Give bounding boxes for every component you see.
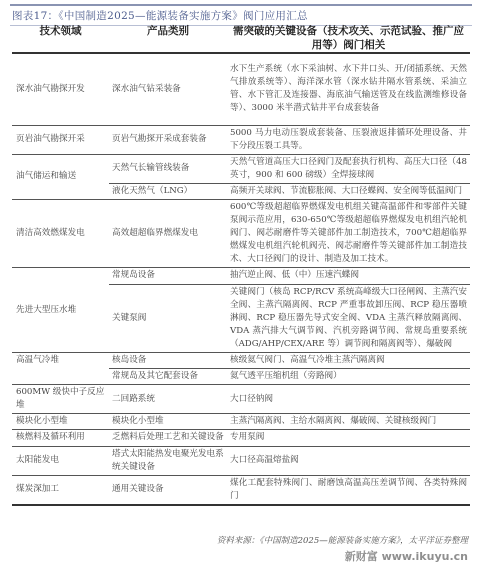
cell-valves: 核级氦气阀门、高温气冷堆主蒸汽隔离阀 [227, 353, 470, 369]
cell-valves: 高频开关球阀、节流膨胀阀、大口径蝶阀、安全阀等低温阀门 [227, 183, 470, 199]
cell-field: 模块化小型堆 [12, 414, 109, 430]
header-product-category: 产品类别 [109, 24, 227, 53]
cell-field: 煤炭深加工 [12, 475, 109, 505]
cell-field: 核燃料及循环利用 [12, 430, 109, 446]
cell-field: 深水油气勘探开发 [12, 53, 109, 125]
valve-application-table: 技术领域 产品类别 需突破的关键设备（技术攻关、示范试验、推广应用等）阀门相关 … [12, 24, 470, 506]
cell-valves: 大口径高温熔盐阀 [227, 446, 470, 475]
cell-product: 常规岛及其它配套设备 [109, 369, 227, 385]
cell-product: 核岛设备 [109, 353, 227, 369]
cell-valves: 抽汽逆止阀、低（中）压速汽蝶阀 [227, 268, 470, 284]
cell-valves: 天然气管道高压大口径阀门及配套执行机构、高压大口径（48 英寸，900 和 60… [227, 154, 470, 183]
cell-valves: 600℃等级超超临界燃煤发电机组关键高温部件和零部件关键泵阀示范应用，630-6… [227, 199, 470, 267]
cell-field: 页岩油气勘探开采 [12, 125, 109, 154]
cell-product: 关键泵阀 [109, 284, 227, 352]
cell-field: 清洁高效燃煤发电 [12, 199, 109, 267]
cell-product: 液化天然气（LNG） [109, 183, 227, 199]
table-row: 太阳能发电 塔式太阳能热发电聚光发电系统关键设备 大口径高温熔盐阀 [12, 446, 470, 475]
cell-field: 太阳能发电 [12, 446, 109, 475]
watermark: 新财富 www.ikuyu.cn [345, 548, 468, 564]
cell-valves: 煤化工配套特殊阀门、耐磨蚀高温高压差调节阀、各类特殊阀门 [227, 475, 470, 505]
cell-field: 油气储运和输送 [12, 154, 109, 199]
header-tech-field: 技术领域 [12, 24, 109, 53]
cell-valves: 大口径钠阀 [227, 385, 470, 414]
table-row: 深水油气勘探开发 深水油气钻采装备 水下生产系统（水下采油树、水下井口头、开/闭… [12, 53, 470, 125]
cell-field: 高温气冷堆 [12, 353, 109, 385]
table-row: 高温气冷堆 核岛设备 核级氦气阀门、高温气冷堆主蒸汽隔离阀 [12, 353, 470, 369]
cell-product: 塔式太阳能热发电聚光发电系统关键设备 [109, 446, 227, 475]
table-row: 煤炭深加工 通用关键设备 煤化工配套特殊阀门、耐磨蚀高温高压差调节阀、各类特殊阀… [12, 475, 470, 505]
header-row: 技术领域 产品类别 需突破的关键设备（技术攻关、示范试验、推广应用等）阀门相关 [12, 24, 470, 53]
cell-product: 乏燃料后处理工艺和关键设备 [109, 430, 227, 446]
cell-valves: 水下生产系统（水下采油树、水下井口头、开/闭插系统、天然气排放系统等）、海洋深水… [227, 53, 470, 125]
cell-field: 先进大型压水堆 [12, 268, 109, 353]
cell-product: 深水油气钻采装备 [109, 53, 227, 125]
cell-field: 600MW 级快中子反应堆 [12, 385, 109, 414]
cell-valves: 5000 马力电动压裂成套装备、压裂液返排循环处理设备、井下分段压裂工具等。 [227, 125, 470, 154]
cell-valves: 关键阀门（核岛 RCP/RCV 系统高峰级大口径闸阀、主蒸汽安全阀、主蒸汽隔离阀… [227, 284, 470, 352]
table-row: 油气储运和输送 天然气长输管线装备 天然气管道高压大口径阀门及配套执行机构、高压… [12, 154, 470, 183]
table-caption: 图表17：《中国制造2025—能源装备实施方案》阀门应用汇总 [10, 6, 472, 25]
table-row: 清洁高效燃煤发电 高效超超临界燃煤发电 600℃等级超超临界燃煤发电机组关键高温… [12, 199, 470, 267]
cell-valves: 主蒸汽隔离阀、主给水隔离阀、爆破阀、关键核级阀门 [227, 414, 470, 430]
caption-block: 图表17：《中国制造2025—能源装备实施方案》阀门应用汇总 [10, 4, 472, 26]
header-key-equipment: 需突破的关键设备（技术攻关、示范试验、推广应用等）阀门相关 [227, 24, 470, 53]
cell-product: 天然气长输管线装备 [109, 154, 227, 183]
table-row: 模块化小型堆 模块化小型堆 主蒸汽隔离阀、主给水隔离阀、爆破阀、关键核级阀门 [12, 414, 470, 430]
table-row: 600MW 级快中子反应堆 二回路系统 大口径钠阀 [12, 385, 470, 414]
cell-product: 二回路系统 [109, 385, 227, 414]
cell-product: 模块化小型堆 [109, 414, 227, 430]
cell-product: 高效超超临界燃煤发电 [109, 199, 227, 267]
cell-product: 通用关键设备 [109, 475, 227, 505]
table-row: 页岩油气勘探开采 页岩气勘探开采成套装备 5000 马力电动压裂成套装备、压裂液… [12, 125, 470, 154]
cell-product: 常规岛设备 [109, 268, 227, 284]
source-note: 资料来源：《中国制造2025—能源装备实施方案》，太平洋证券整理 [217, 534, 468, 546]
table-row: 先进大型压水堆 常规岛设备 抽汽逆止阀、低（中）压速汽蝶阀 [12, 268, 470, 284]
cell-product: 页岩气勘探开采成套装备 [109, 125, 227, 154]
table-row: 核燃料及循环利用 乏燃料后处理工艺和关键设备 专用泵阀 [12, 430, 470, 446]
cell-valves: 专用泵阀 [227, 430, 470, 446]
cell-valves: 氦气透平压缩机组（旁路阀） [227, 369, 470, 385]
